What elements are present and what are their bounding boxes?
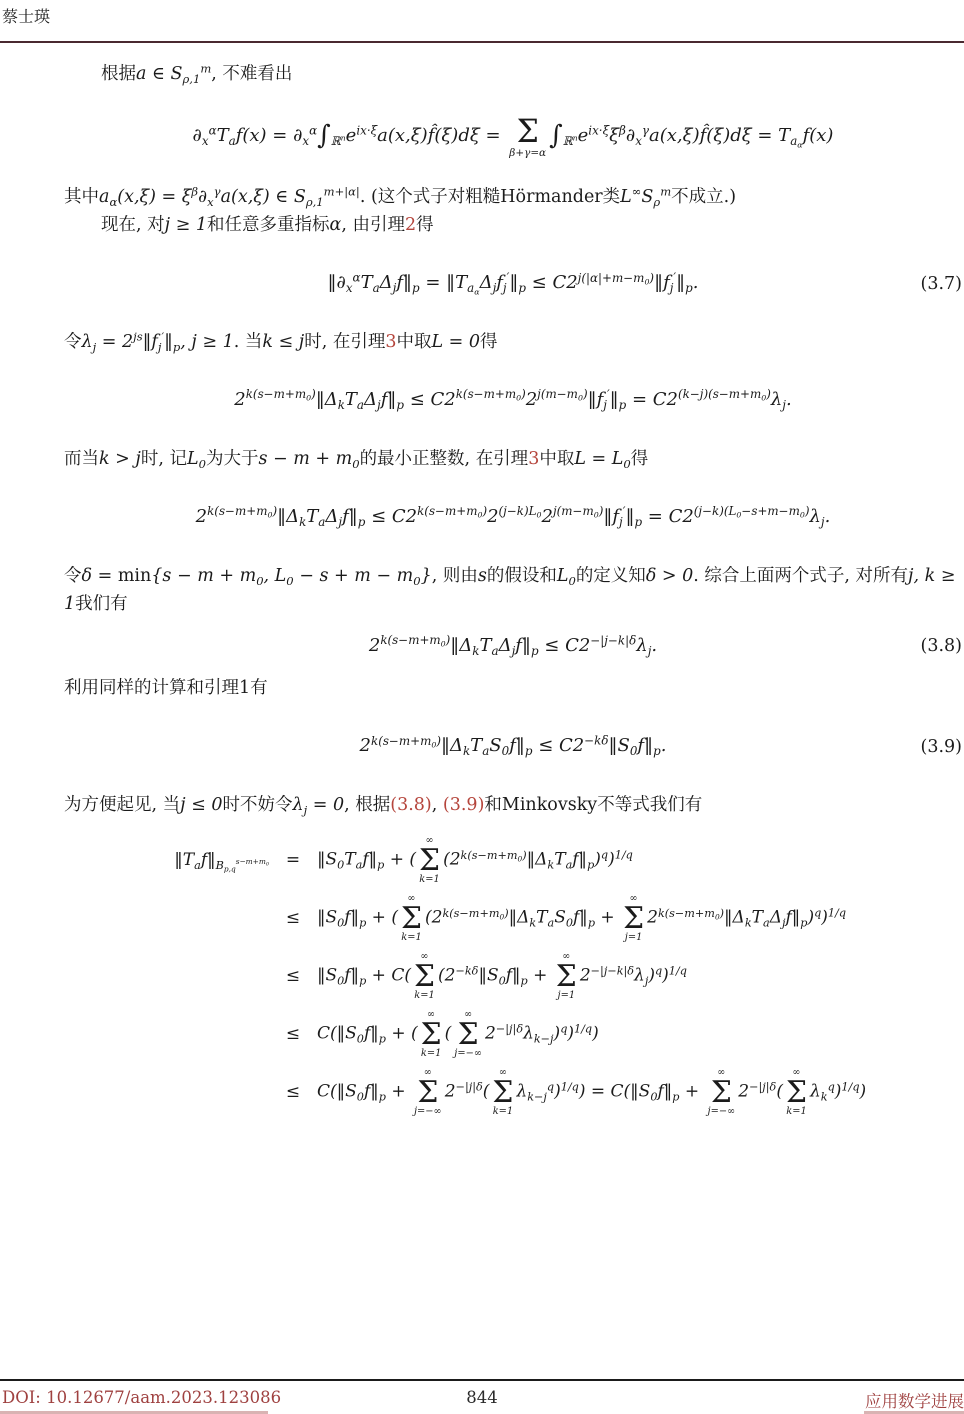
equation-body: 2k(s−m+m0)‖ΔkTaΔjf‖p ≤ C2−|j−k|δλj.: [369, 635, 657, 656]
running-header: 蔡士瑛: [2, 4, 50, 27]
footer-rule: [0, 1379, 964, 1381]
journal-name: 应用数学进展: [865, 1388, 964, 1412]
derivation-row: ‖Taf‖Bp,qs−m+m0 = ‖S0Taf‖p + (∞Σk=1(2k(s…: [64, 835, 962, 885]
derivation-row: ≤ C(‖S0f‖p + ∞Σj=−∞2−|j|δ(∞Σk=1λk−jq)1/q…: [64, 1067, 962, 1117]
derivation-relation: ≤: [269, 905, 317, 932]
derivation-row: ≤ C(‖S0f‖p + (∞Σk=1(∞Σj=−∞2−|j|δλk−j)q)1…: [64, 1009, 962, 1059]
equation-body: ‖∂xαTaΔjf‖p = ‖TaαΔjfj′‖p ≤ C2j(|α|+m−m0…: [328, 272, 699, 293]
derivation-rhs: ‖S0f‖p + C(∞Σk=1(2−kδ‖S0f‖p + ∞Σj=12−|j−…: [317, 951, 962, 1001]
page-footer: DOI: 10.12677/aam.2023.123086 844 应用数学进展: [0, 1388, 964, 1410]
content-area: 根据a ∈ Sρ,1m, 不难看出 ∂xαTaf(x) = ∂xα∫ℝneix·…: [64, 60, 962, 1125]
paragraph-delta-definition: 令δ = min{s − m + m0, L0 − s + m − m0}, 则…: [64, 562, 962, 618]
doi-text[interactable]: DOI: 10.12677/aam.2023.123086: [2, 1388, 281, 1407]
header-rule: [0, 41, 964, 43]
derivation-relation: =: [269, 847, 317, 874]
derivation-relation: ≤: [269, 963, 317, 990]
equation-body: 2k(s−m+m0)‖ΔkTaΔjf‖p ≤ C2k(s−m+m0)2j(m−m…: [234, 389, 791, 410]
derivation-row: ≤ ‖S0f‖p + C(∞Σk=1(2−kδ‖S0f‖p + ∞Σj=12−|…: [64, 951, 962, 1001]
equation-number-3-7: (3.7): [921, 270, 963, 298]
derivation-rhs: C(‖S0f‖p + ∞Σj=−∞2−|j|δ(∞Σk=1λk−jq)1/q) …: [317, 1067, 962, 1117]
equation-3-8: 2k(s−m+m0)‖ΔkTaΔjf‖p ≤ C2−|j−k|δλj. (3.8…: [64, 632, 962, 661]
citation-link[interactable]: (3.9): [443, 795, 485, 815]
paragraph-minkowski: 为方便起见, 当j ≤ 0时不妨令λj = 0, 根据(3.8), (3.9)和…: [64, 791, 962, 819]
paragraph-intro: 根据a ∈ Sρ,1m, 不难看出: [64, 60, 962, 88]
paragraph-lemma1: 利用同样的计算和引理1有: [64, 674, 962, 702]
author-name: 蔡士瑛: [2, 7, 50, 26]
derivation-relation: ≤: [269, 1079, 317, 1106]
derivation-rhs: ‖S0Taf‖p + (∞Σk=1(2k(s−m+m0)‖ΔkTaf‖p)q)1…: [317, 835, 962, 885]
derivation-row: ≤ ‖S0f‖p + (∞Σk=1(2k(s−m+m0)‖ΔkTaS0f‖p +…: [64, 893, 962, 943]
derivation-lhs: ‖Taf‖Bp,qs−m+m0: [64, 847, 269, 874]
citation-link[interactable]: 3: [528, 449, 539, 469]
equation-3-9: 2k(s−m+m0)‖ΔkTaS0f‖p ≤ C2−kδ‖S0f‖p. (3.9…: [64, 732, 962, 761]
derivation-relation: ≤: [269, 1021, 317, 1048]
citation-link[interactable]: 2: [405, 215, 416, 235]
citation-link[interactable]: 3: [385, 332, 396, 352]
page-number: 844: [466, 1388, 498, 1407]
derivation-block: ‖Taf‖Bp,qs−m+m0 = ‖S0Taf‖p + (∞Σk=1(2k(s…: [64, 835, 962, 1117]
derivation-rhs: ‖S0f‖p + (∞Σk=1(2k(s−m+m0)‖ΔkTaS0f‖p + ∞…: [317, 893, 962, 943]
paragraph-case-k-gt-j: 而当k > j时, 记L0为大于s − m + m0的最小正整数, 在引理3中取…: [64, 445, 962, 473]
derivation-rhs: C(‖S0f‖p + (∞Σk=1(∞Σj=−∞2−|j|δλk−j)q)1/q…: [317, 1009, 962, 1059]
paragraph-symbol-remark: 其中aα(x,ξ) = ξβ∂xγa(x,ξ) ∈ Sρ,1m+|α|. (这个…: [64, 183, 962, 211]
equation-case-k-le-j: 2k(s−m+m0)‖ΔkTaΔjf‖p ≤ C2k(s−m+m0)2j(m−m…: [64, 386, 962, 415]
equation-case-k-gt-j: 2k(s−m+m0)‖ΔkTaΔjf‖p ≤ C2k(s−m+m0)2(j−k)…: [64, 503, 962, 532]
equation-body: 2k(s−m+m0)‖ΔkTaS0f‖p ≤ C2−kδ‖S0f‖p.: [360, 735, 667, 756]
paragraph-case-k-le-j: 令λj = 2js‖fj′‖p, j ≥ 1. 当k ≤ j时, 在引理3中取L…: [64, 328, 962, 356]
equation-body: ∂xαTaf(x) = ∂xα∫ℝneix·ξa(x,ξ)f̂(ξ)dξ = Σ…: [193, 125, 834, 146]
equation-symbol-expansion: ∂xαTaf(x) = ∂xα∫ℝneix·ξa(x,ξ)f̂(ξ)dξ = Σ…: [64, 112, 962, 159]
citation-link[interactable]: (3.8): [390, 795, 432, 815]
equation-body: 2k(s−m+m0)‖ΔkTaΔjf‖p ≤ C2k(s−m+m0)2(j−k)…: [196, 506, 831, 527]
equation-number-3-9: (3.9): [921, 733, 963, 761]
equation-number-3-8: (3.8): [921, 632, 963, 660]
paragraph-lemma2-intro: 现在, 对j ≥ 1和任意多重指标α, 由引理2得: [64, 211, 962, 239]
page-root: 蔡士瑛 根据a ∈ Sρ,1m, 不难看出 ∂xαTaf(x) = ∂xα∫ℝn…: [0, 0, 964, 1414]
equation-3-7: ‖∂xαTaΔjf‖p = ‖TaαΔjfj′‖p ≤ C2j(|α|+m−m0…: [64, 269, 962, 298]
